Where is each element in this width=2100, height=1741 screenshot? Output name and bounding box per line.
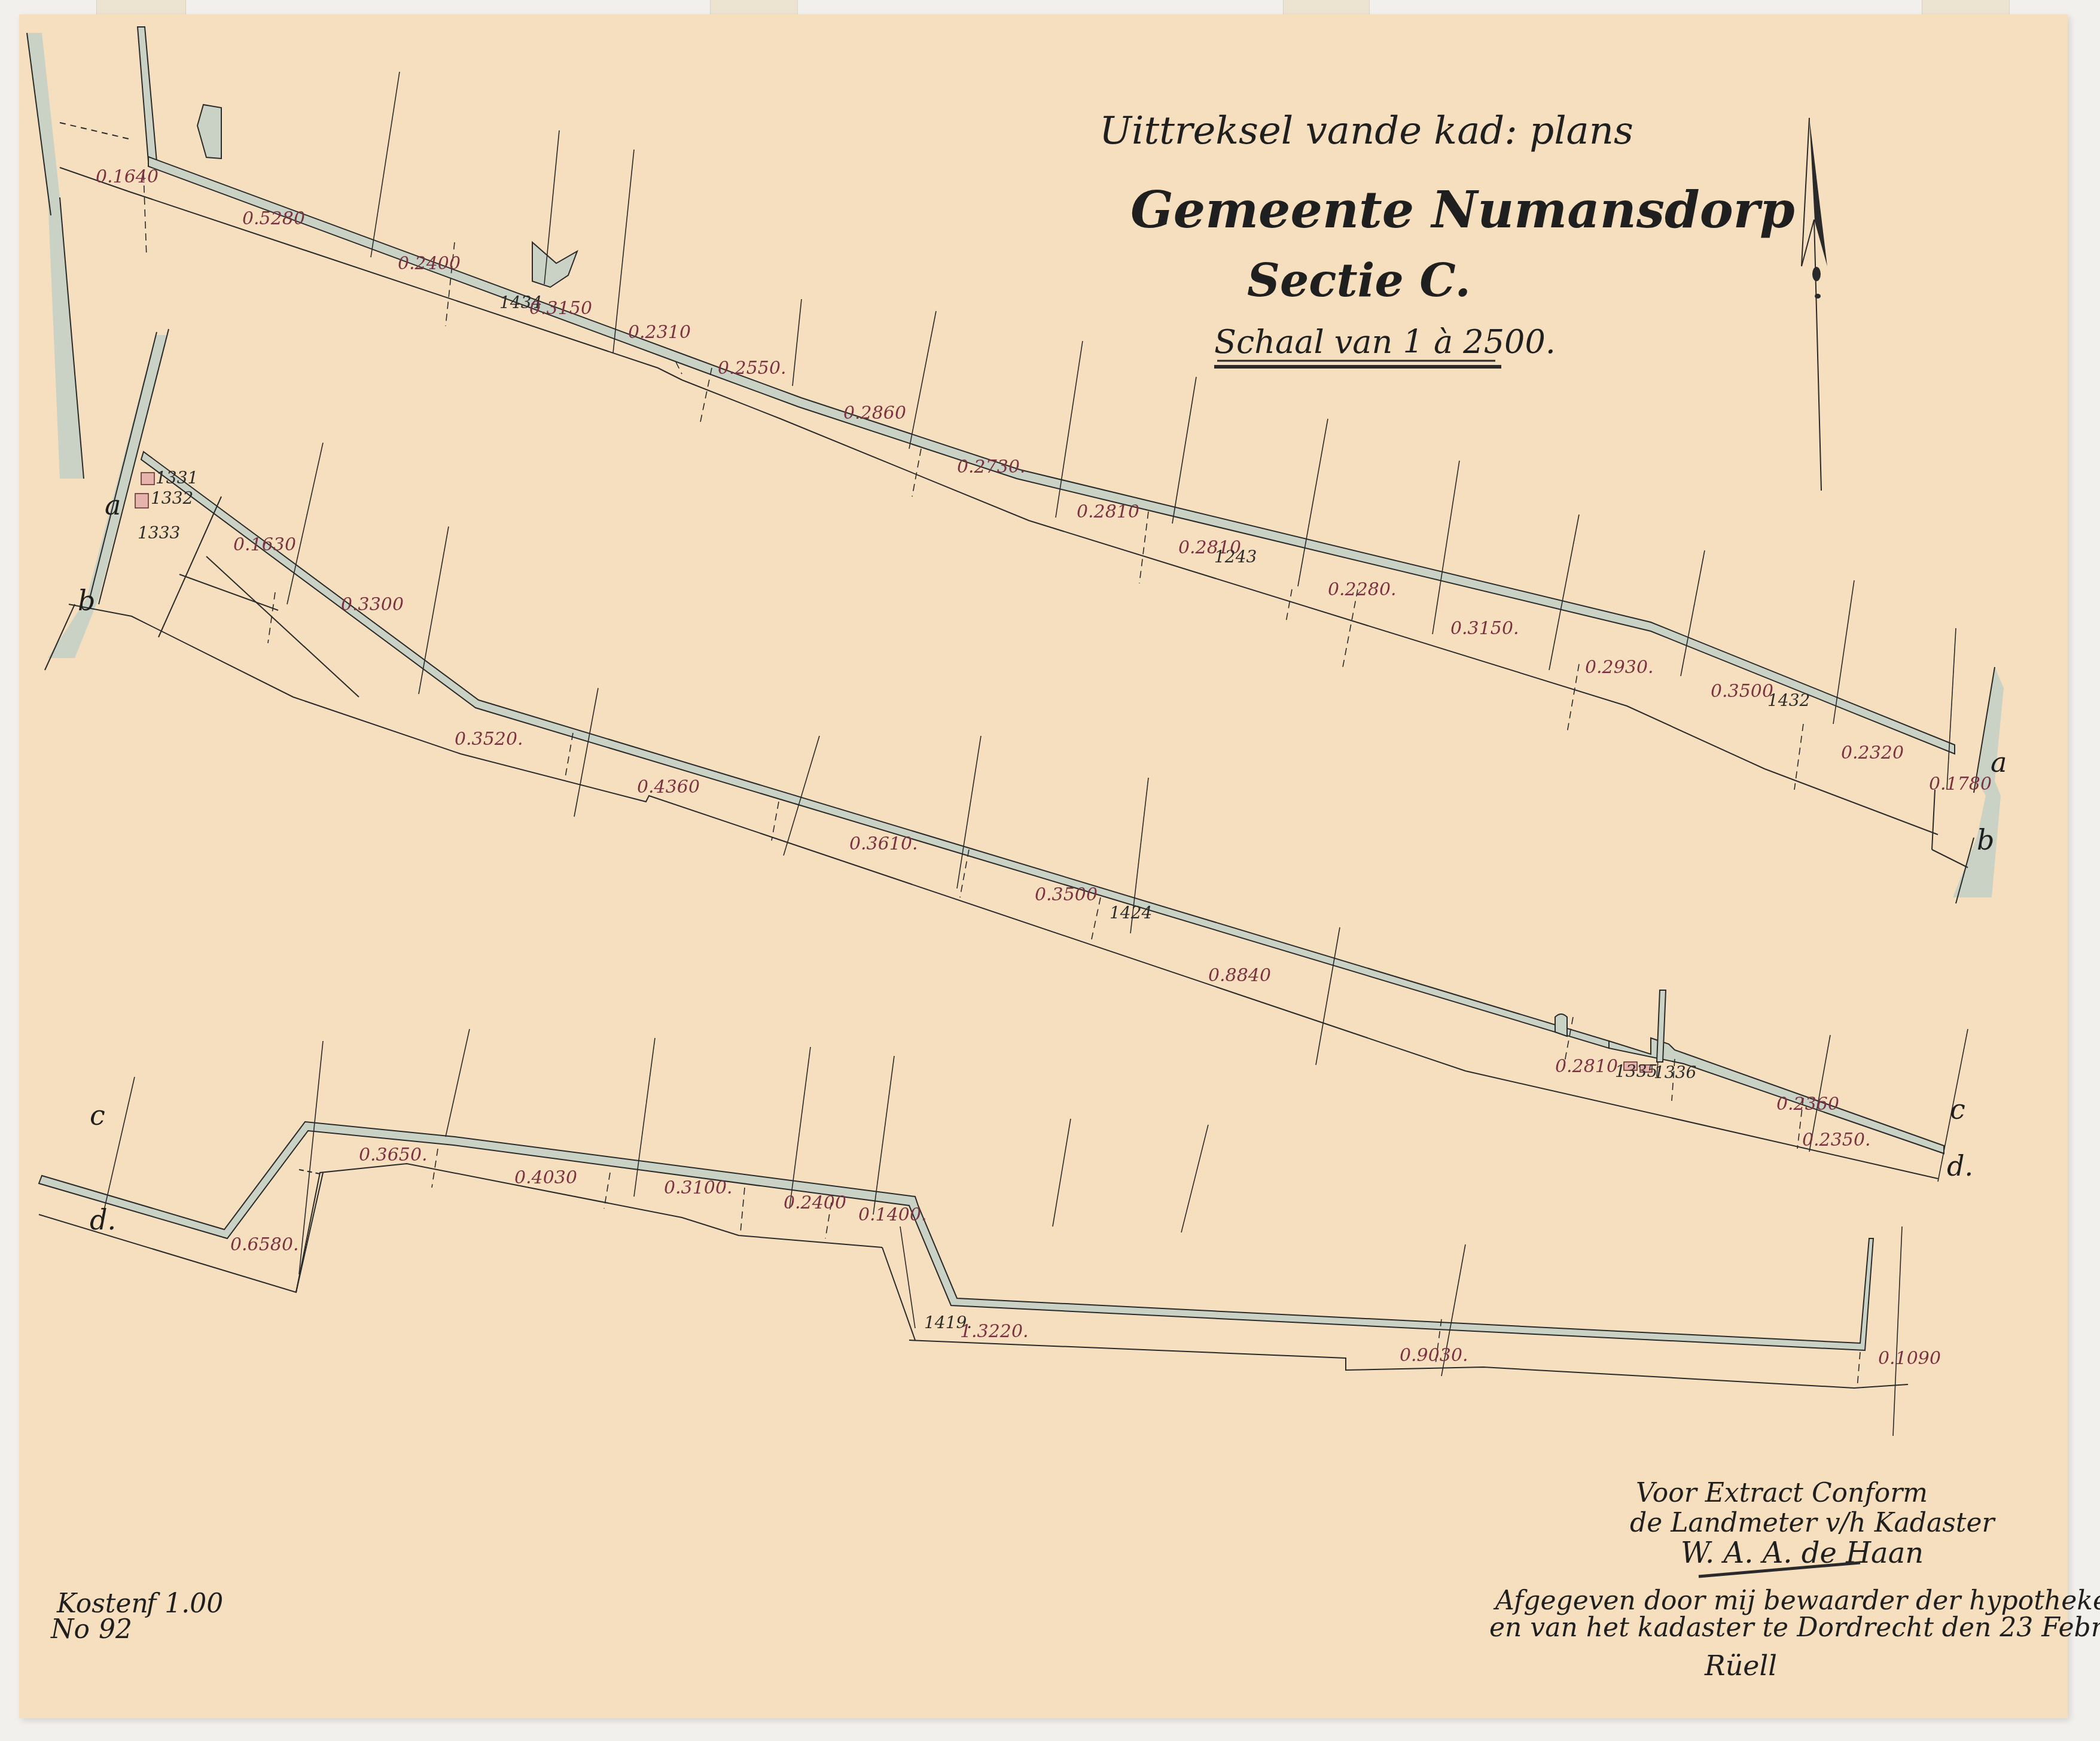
parcel-area: 0.3150 — [529, 298, 592, 319]
extract-title: Uittreksel vande kad: plans — [1099, 109, 1633, 153]
cost-value: f 1.00 — [145, 1588, 223, 1619]
parcel-area: 0.2280. — [1328, 579, 1397, 600]
parcel-area: 0.1090 — [1878, 1348, 1941, 1369]
parcel-area: 0.2810 — [1555, 1056, 1618, 1077]
parcel-area: 0.3610. — [849, 833, 918, 854]
parcel-area: 0.2550. — [718, 358, 787, 379]
match-marker-b: b — [78, 585, 95, 617]
parcel-area: 0.1400. — [858, 1204, 927, 1225]
parcel-number: 1432 — [1767, 690, 1810, 710]
match-marker-d: d. — [90, 1204, 116, 1236]
parcel-area: 0.1780 — [1929, 774, 1992, 795]
strip-3 — [39, 1029, 1908, 1436]
parcel-area: 0.2810 — [1077, 501, 1139, 522]
parcel-area: 0.2860 — [843, 403, 906, 424]
parcel-area: 0.3520. — [455, 729, 523, 750]
building-number: 1332 — [151, 488, 193, 508]
parcel-number: 1333 — [138, 523, 180, 543]
parcel-area: 0.3100. — [664, 1177, 733, 1198]
strip-3-labels: c d. 0.6580. 0.3650. 0.4030 0.3100. 0.24… — [90, 1099, 1941, 1369]
cadastral-map: 0.1640 0.5280 0.2400 1434 0.3150 0.2310 … — [0, 0, 2100, 1741]
extract-conform-text: Voor Extract Conform — [1636, 1478, 1928, 1508]
parcel-area: 1.3220. — [960, 1321, 1029, 1342]
match-marker-a: a — [105, 489, 121, 521]
parcel-number: 1336 — [1654, 1063, 1696, 1082]
match-marker-d: d. — [1947, 1150, 1973, 1182]
registrar-signature: Rüell — [1704, 1649, 1777, 1682]
parcel-area: 0.4030 — [514, 1167, 577, 1188]
north-arrow-icon — [1802, 118, 1827, 491]
parcel-number: 1243 — [1214, 547, 1257, 567]
parcel-area: 0.2310 — [628, 322, 691, 343]
match-marker-a: a — [1991, 746, 2007, 778]
surveyor-text: de Landmeter v/h Kadaster — [1630, 1508, 1996, 1538]
parcel-area: 0.9030. — [1400, 1345, 1468, 1366]
number-label: No — [50, 1614, 90, 1645]
parcel-area: 0.1630 — [233, 534, 296, 555]
match-marker-b: b — [1977, 824, 1994, 856]
building-number: 1331 — [156, 468, 198, 488]
parcel-area: 0.4360 — [637, 777, 700, 798]
parcel-area: 0.6580. — [230, 1234, 299, 1255]
number-value: 92 — [99, 1614, 132, 1645]
parcel-number: 1424 — [1110, 903, 1152, 923]
parcel-area: 0.2730. — [957, 456, 1026, 477]
fees-block: Kosten f 1.00 No 92 — [50, 1588, 223, 1645]
parcel-area: 0.3150. — [1450, 618, 1519, 639]
parcel-area: 0.3500 — [1711, 681, 1773, 702]
municipality-title: Gemeente Numansdorp — [1130, 180, 1795, 239]
parcel-area: 0.2400 — [784, 1192, 846, 1213]
parcel-number: 1335 — [1615, 1061, 1657, 1081]
parcel-area: 0.3650. — [359, 1145, 428, 1165]
parcel-area: 0.2360 — [1776, 1094, 1839, 1115]
parcel-area: 0.2350. — [1802, 1130, 1871, 1150]
scale-label: Schaal van 1 à 2500. — [1214, 323, 1556, 361]
certification-block: Voor Extract Conform de Landmeter v/h Ka… — [1489, 1478, 2100, 1682]
match-marker-c: c — [90, 1099, 105, 1131]
strip-1-labels: 0.1640 0.5280 0.2400 1434 0.3150 0.2310 … — [96, 166, 2007, 856]
issued-text: Afgegeven door mij bewaarder der hypothe… — [1493, 1585, 2100, 1616]
section-title: Sectie C. — [1247, 254, 1471, 307]
parcel-area: 0.5280 — [242, 208, 305, 229]
match-marker-c: c — [1950, 1093, 1965, 1125]
parcel-area: 0.1640 — [96, 166, 159, 187]
issued-date-text: en van het kadaster te Dordrecht den 23 … — [1489, 1612, 2100, 1643]
parcel-area: 0.3300 — [341, 594, 404, 615]
parcel-area: 0.2930. — [1585, 657, 1654, 678]
title-block: Uittreksel vande kad: plans Gemeente Num… — [1099, 109, 1795, 367]
parcel-area: 0.2400 — [398, 253, 461, 274]
strip-2-labels: 1331 1332 a 1333 b 0.1630 0.3300 0.3520.… — [78, 468, 1973, 1182]
parcel-area: 0.3500 — [1035, 884, 1098, 905]
parcel-area: 0.8840 — [1208, 965, 1271, 986]
parcel-area: 0.2320 — [1841, 742, 1904, 763]
surveyor-signature: W. A. A. de Haan — [1681, 1536, 1924, 1570]
